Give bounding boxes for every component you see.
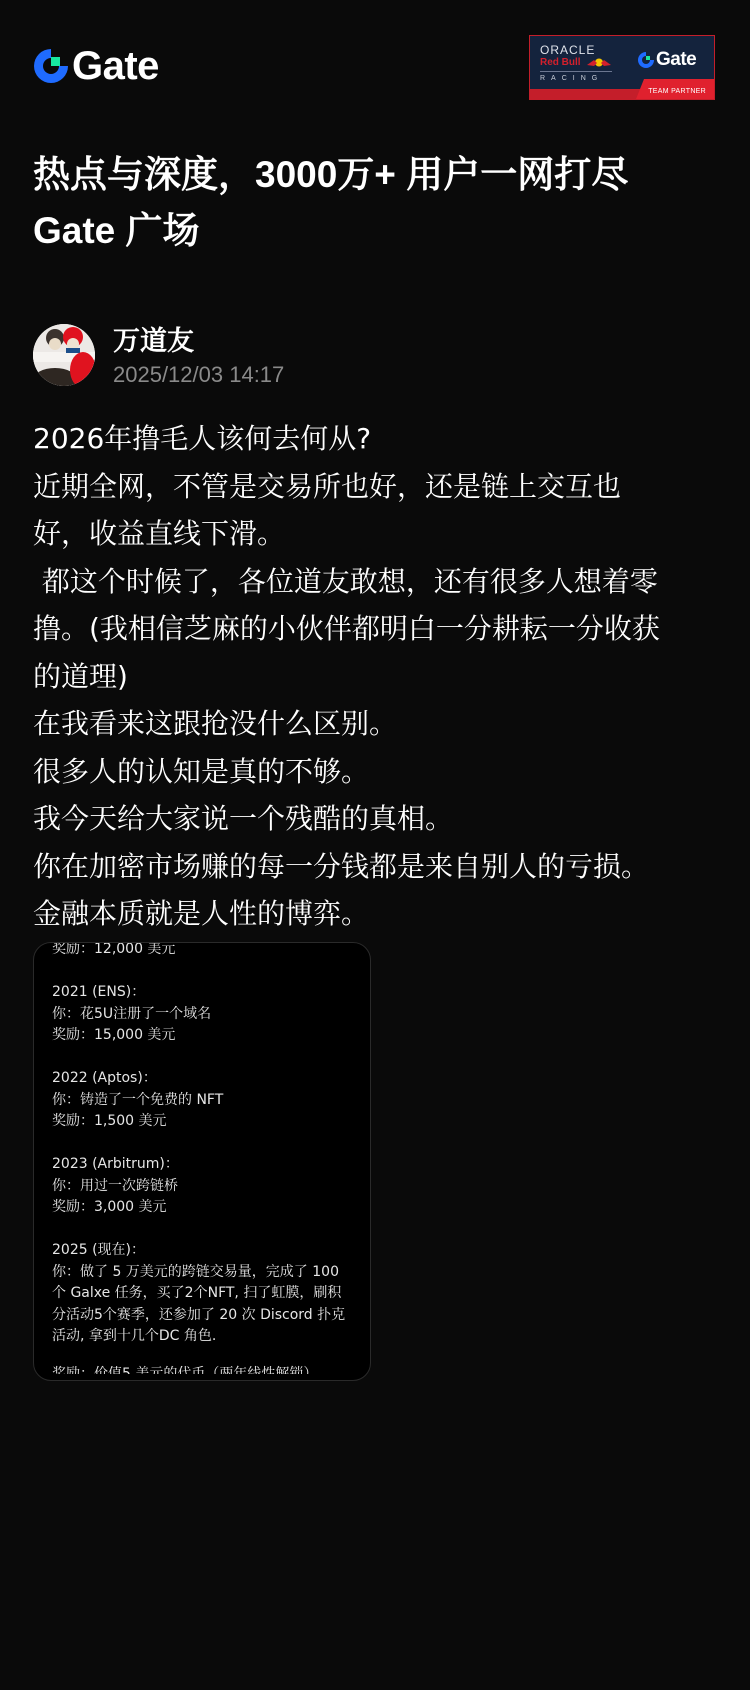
post-line: 在我看来这跟抢没什么区别。: [33, 700, 733, 748]
gate-logo-icon: [34, 49, 68, 83]
divider: [540, 71, 612, 72]
embed-line: 个 Galxe 任务，买了2个NFT, 扫了虹膜，刷积: [52, 1283, 362, 1305]
embed-line: 2025 (现在)：: [52, 1240, 362, 1262]
team-partner-label: TEAM PARTNER: [648, 87, 706, 97]
post-author: 万道友 2025/12/03 14:17: [33, 324, 533, 388]
headline-line-1: 热点与深度，3000万+ 用户一网打尽: [33, 147, 733, 203]
post-line: 金融本质就是人性的博弈。: [33, 890, 733, 938]
embed-line: 奖励：3,000 美元: [52, 1197, 362, 1219]
embed-line: 2021 (ENS)：: [52, 982, 362, 1004]
avatar[interactable]: [33, 324, 95, 386]
avatar-icon: [33, 324, 95, 386]
post-embedded-image[interactable]: 奖励：12,000 美元 2021 (ENS)： 你：花5U注册了一个域名 奖励…: [33, 942, 371, 1381]
redbull-text: Red Bull: [540, 57, 581, 69]
post-timestamp: 2025/12/03 14:17: [113, 362, 284, 388]
badge-gate-logo: Gate: [638, 50, 696, 70]
embed-line: 奖励：12,000 美元: [52, 942, 362, 961]
embed-line-cut: 奖励：价值5 美元的代币（两年线性解锁）: [52, 1364, 362, 1374]
post-line: 2026年撸毛人该何去何从?: [33, 415, 733, 463]
headline-line-2: Gate 广场: [33, 203, 733, 259]
gate-logo[interactable]: Gate: [34, 46, 159, 86]
embed-line: 你：花5U注册了一个域名: [52, 1004, 362, 1026]
redbull-team-partner-badge[interactable]: ORACLE Red Bull RACING Gate TEAM PARTNER: [529, 35, 715, 100]
badge-gate-text: Gate: [656, 50, 696, 70]
embed-line: 奖励：1,500 美元: [52, 1111, 362, 1133]
embed-line: 你：铸造了一个免费的 NFT: [52, 1090, 362, 1112]
post-line: 我今天给大家说一个残酷的真相。: [33, 795, 733, 843]
embed-line: 你：做了 5 万美元的跨链交易量，完成了 100: [52, 1262, 362, 1284]
embed-line: 奖励：15,000 美元: [52, 1025, 362, 1047]
post-body: 2026年撸毛人该何去何从? 近期全网，不管是交易所也好，还是链上交互也 好，收…: [33, 415, 733, 938]
oracle-text: ORACLE: [540, 44, 595, 56]
post-line: 撸。(我相信芝麻的小伙伴都明白一分耕耘一分收获: [33, 605, 733, 653]
embed-line: 活动, 拿到十几个DC 角色.: [52, 1326, 362, 1348]
author-name[interactable]: 万道友: [113, 325, 194, 359]
redbull-bulls-icon: [586, 57, 612, 68]
post-line: 的道理): [33, 653, 733, 701]
header: Gate ORACLE Red Bull RACING Gate TEAM PA…: [0, 0, 750, 110]
page-headline: 热点与深度，3000万+ 用户一网打尽 Gate 广场: [33, 147, 733, 259]
post-line: 好，收益直线下滑。: [33, 510, 733, 558]
post-line: 很多人的认知是真的不够。: [33, 748, 733, 796]
gate-logo-icon: [638, 52, 654, 68]
embed-line: 分活动5个赛季，还参加了 20 次 Discord 扑克: [52, 1305, 362, 1327]
post-line: 都这个时候了，各位道友敢想，还有很多人想着零: [33, 558, 733, 606]
embed-line: 2023 (Arbitrum)：: [52, 1154, 362, 1176]
post-line: 你在加密市场赚的每一分钱都是来自别人的亏损。: [33, 843, 733, 891]
racing-text: RACING: [540, 74, 603, 83]
embedded-image-text: 奖励：12,000 美元 2021 (ENS)： 你：花5U注册了一个域名 奖励…: [52, 942, 362, 1374]
embed-line: 2022 (Aptos)：: [52, 1068, 362, 1090]
gate-logo-text: Gate: [72, 46, 159, 86]
embed-line: 你：用过一次跨链桥: [52, 1176, 362, 1198]
post-line: 近期全网，不管是交易所也好，还是链上交互也: [33, 463, 733, 511]
